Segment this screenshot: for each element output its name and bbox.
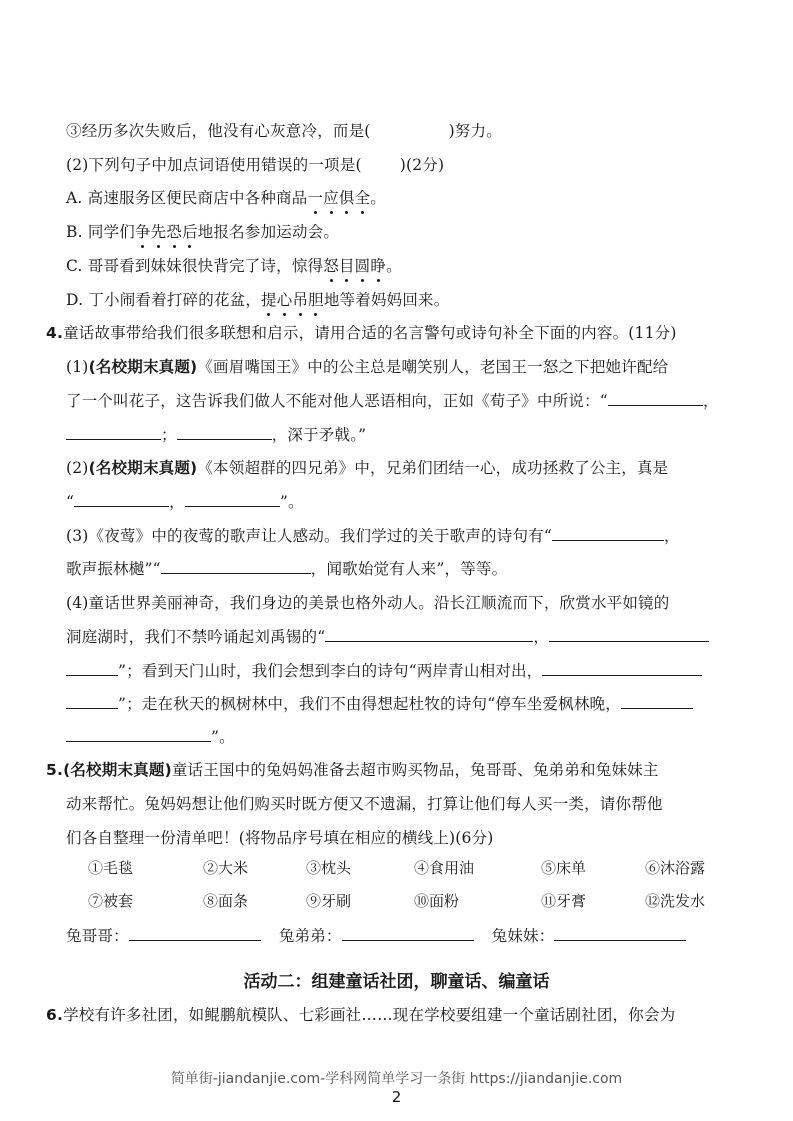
punct: ”。 [211,728,235,746]
punct: ， [169,493,185,511]
q5-answers: 兔哥哥：兔弟弟：兔妹妹： [66,926,686,946]
item-option: ⑫洗发水 [645,891,705,911]
dotted-word: 怒目圆睁 [323,257,386,275]
item-option: ⑨牙刷 [306,891,351,911]
sub-text: 《本领超群的四兄弟》中，兄弟们团结一心，成功拯救了公主，真是 [197,459,668,477]
fill-blank[interactable] [177,425,272,440]
punct: “ [66,493,74,511]
fill-blank[interactable] [66,425,161,440]
page-number: 2 [0,1088,793,1106]
q4-s4-line3: ”；看到天门山时，我们会想到李白的诗句“两岸青山相对出， [66,661,702,681]
option-b: B. 同学们争先恐后地报名参加运动会。 [66,222,339,242]
item-option: ④食用油 [414,858,474,878]
item-option: ⑪牙膏 [541,891,586,911]
q3-item3: ③经历多次失败后，他没有心灰意冷，而是()努力。 [66,121,502,141]
option-suffix: 地等着妈妈回来。 [324,291,450,309]
item-option: ②大米 [203,858,248,878]
sub-text: 了一个叫花子，这告诉我们做人不能对他人恶语相向，正如《荀子》中所说：“ [66,392,608,410]
dotted-word: 一应俱全 [307,189,370,207]
punct: ； [161,426,177,444]
sub-text: 歌声振林樾”“ [66,560,161,578]
q4-s4-line4: ”；走在秋天的枫树林中，我们不由得想起杜牧的诗句“停车坐爱枫林晚， [66,694,693,714]
fill-blank[interactable] [325,627,533,642]
sub-number: (2) [66,459,89,477]
punct: ， [703,392,719,410]
option-suffix: 地报名参加运动会。 [198,223,339,241]
question-stem: 们各自整理一份清单吧！(将物品序号填在相应的横线上)(6分) [66,829,494,847]
dotted-word: 提心吊胆 [261,291,324,309]
question-stem: 动来帮忙。兔妈妈想让他们购买时既方便又不遗漏，打算让他们每人买一类，请你帮他 [66,795,663,813]
fill-blank[interactable] [621,694,693,709]
emphasis-char: 目 [339,256,355,276]
q3-sub2-text: (2)下列句子中加点词语使用错误的一项是( [66,156,362,174]
q4-s2-line2: “，”。 [66,492,304,512]
item-option: ⑤床单 [541,858,586,878]
option-text: D. 丁小闹看着打碎的花盆， [66,291,261,309]
q6-line1: 6.学校有许多社团，如鲲鹏航模队、七彩画社……现在学校要组建一个童话剧社团，你会… [46,1005,675,1025]
q4-s1-line3: ；，深于矛戟。” [66,425,366,445]
q3-item3-text: ③经历多次失败后，他没有心灰意冷，而是( [66,122,371,140]
emphasis-char: 提 [261,290,277,310]
item-option: ⑦被套 [88,891,133,911]
emphasis-char: 怒 [323,256,339,276]
emphasis-char: 胆 [308,290,324,310]
punct: ， [664,527,680,545]
q3-item3-end: )努力。 [449,122,502,140]
item-option: ①毛毯 [88,858,133,878]
answer-field-tudidi[interactable] [342,926,474,941]
item-option: ③枕头 [306,858,351,878]
emphasis-char: 先 [151,222,167,242]
sub-text: ”；走在秋天的枫树林中，我们不由得想起杜牧的诗句“停车坐爱枫林晚， [118,695,621,713]
option-a: A. 高速服务区便民商店中各种商品一应俱全。 [66,188,386,208]
q4-s1-line1: (1)(名校期末真题)《画眉嘴国王》中的公主总是嘲笑别人，老国王一怒之下把她许配… [66,357,668,377]
question-number: 6. [46,1006,63,1024]
fill-blank[interactable] [66,694,118,709]
fill-blank[interactable] [66,727,211,742]
sub-text: 洞庭湖时，我们不禁吟诵起刘禹锡的“ [66,628,325,646]
source-tag: (名校期末真题) [63,761,172,779]
emphasis-char: 睁 [370,256,386,276]
answer-field-tugege[interactable] [129,926,261,941]
section-title: 活动二：组建童话社团，聊童话、编童话 [0,971,793,993]
q3-sub2-end: )(2分) [400,156,445,174]
sub-text: (3)《夜莺》中的夜莺的歌声让人感动。我们学过的关于歌声的诗句有“ [66,527,552,545]
q3-sub2: (2)下列句子中加点词语使用错误的一项是()(2分) [66,155,444,175]
sub-text: (4)童话世界美丽神奇，我们身边的美景也格外动人。沿长江顺流而下，欣赏水平如镜的 [66,594,669,612]
punct: ， [533,628,549,646]
emphasis-char: 争 [135,222,151,242]
punct: ”。 [280,493,304,511]
emphasis-char: 全 [355,188,371,208]
fill-blank[interactable] [74,492,169,507]
fill-blank[interactable] [549,627,709,642]
q4-s3-line1: (3)《夜莺》中的夜莺的歌声让人感动。我们学过的关于歌声的诗句有“， [66,526,680,546]
answer-label-tugege: 兔哥哥： [66,927,129,945]
item-option: ⑩面粉 [414,891,459,911]
q4-s4-line5: ”。 [66,727,235,747]
emphasis-char: 恐 [166,222,182,242]
watermark-footer: 简单街-jiandanjie.com-学科网简单学习一条街 https://ji… [0,1070,793,1088]
fill-blank[interactable] [185,492,280,507]
q5-line3: 们各自整理一份清单吧！(将物品序号填在相应的横线上)(6分) [66,828,494,848]
option-suffix: 。 [386,257,402,275]
q4-s3-line2: 歌声振林樾”“，闻歌始觉有人来”，等等。 [66,559,507,579]
emphasis-char: 吊 [292,290,308,310]
fill-blank[interactable] [608,391,703,406]
q5-line2: 动来帮忙。兔妈妈想让他们购买时既方便又不遗漏，打算让他们每人买一类，请你帮他 [66,794,663,814]
emphasis-char: 俱 [339,188,355,208]
item-option: ⑥沐浴露 [645,858,705,878]
option-text: C. 哥哥看到妹妹很快背完了诗，惊得 [66,257,323,275]
sub-number: (1) [66,358,89,376]
q4-s4-line1: (4)童话世界美丽神奇，我们身边的美景也格外动人。沿长江顺流而下，欣赏水平如镜的 [66,593,669,613]
sub-text: 《画眉嘴国王》中的公主总是嘲笑别人，老国王一怒之下把她许配给 [197,358,668,376]
answer-label-tudidi: 兔弟弟： [279,927,342,945]
option-c: C. 哥哥看到妹妹很快背完了诗，惊得怒目圆睁。 [66,256,402,276]
fill-blank[interactable] [161,559,311,574]
dotted-word: 争先恐后 [135,223,198,241]
option-text: B. 同学们 [66,223,135,241]
fill-blank[interactable] [552,526,664,541]
fill-blank[interactable] [542,661,702,676]
source-tag: (名校期末真题) [89,459,198,477]
emphasis-char: 应 [323,188,339,208]
emphasis-char: 心 [277,290,293,310]
q4-s2-line1: (2)(名校期末真题)《本领超群的四兄弟》中，兄弟们团结一心，成功拯救了公主，真… [66,458,668,478]
question-number: 5. [46,761,63,779]
emphasis-char: 后 [182,222,198,242]
sub-text: ”；看到天门山时，我们会想到李白的诗句“两岸青山相对出， [118,662,542,680]
sub-text: ，深于矛戟。” [272,426,367,444]
item-option: ⑧面条 [203,891,248,911]
sub-text: ，闻歌始觉有人来”，等等。 [311,560,508,578]
option-d: D. 丁小闹看着打碎的花盆，提心吊胆地等着妈妈回来。 [66,290,449,310]
question-stem: 童话王国中的兔妈妈准备去超市购买物品，兔哥哥、兔弟弟和兔妹妹主 [172,761,659,779]
answer-field-tumeimei[interactable] [554,926,686,941]
source-tag: (名校期末真题) [89,358,198,376]
q4-s4-line2: 洞庭湖时，我们不禁吟诵起刘禹锡的“， [66,627,709,647]
question-number: 4. [46,324,63,342]
answer-label-tumeimei: 兔妹妹： [492,927,555,945]
emphasis-char: 一 [307,188,323,208]
q5-line1: 5.(名校期末真题)童话王国中的兔妈妈准备去超市购买物品，兔哥哥、兔弟弟和兔妹妹… [46,760,659,780]
option-suffix: 。 [370,189,386,207]
question-stem: 学校有许多社团，如鲲鹏航模队、七彩画社……现在学校要组建一个童话剧社团，你会为 [63,1006,675,1024]
emphasis-char: 圆 [355,256,371,276]
q4-stem: 4.童话故事带给我们很多联想和启示，请用合适的名言警句或诗句补全下面的内容。(1… [46,323,677,343]
fill-blank[interactable] [66,661,118,676]
option-text: A. 高速服务区便民商店中各种商品 [66,189,307,207]
q4-s1-line2: 了一个叫花子，这告诉我们做人不能对他人恶语相向，正如《荀子》中所说：“， [66,391,719,411]
question-stem: 童话故事带给我们很多联想和启示，请用合适的名言警句或诗句补全下面的内容。(11分… [63,324,677,342]
